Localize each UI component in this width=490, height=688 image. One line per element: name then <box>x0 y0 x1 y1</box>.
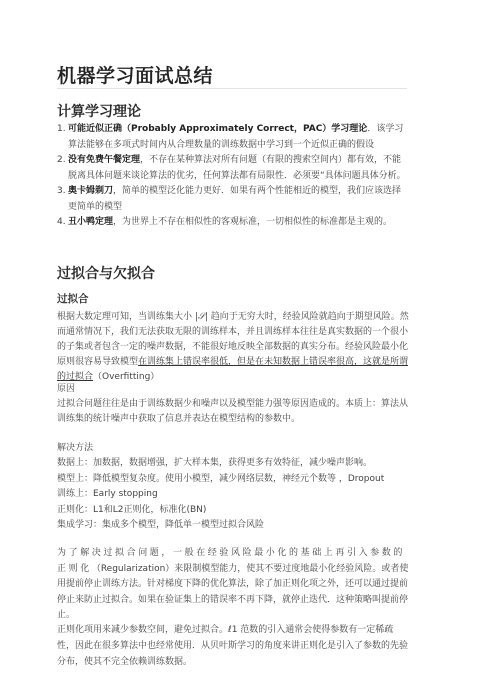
list-item: 4. 丑小鸭定理，为世界上不存在相似性的客观标准，一切相似性的标准都是主观的。 <box>57 215 409 231</box>
solutions-label: 解决方法 <box>57 441 409 456</box>
list-item: 1. 可能近似正确（Probably Approximately Correct… <box>57 122 409 153</box>
solution-item: 模型上：降低模型复杂度。使用小模型，减少网络层数，神经元个数等 ，Dropout <box>57 472 409 487</box>
page-title: 机器学习面试总结 <box>57 61 213 88</box>
cause-block: 原因 过拟合问题往往是由于训练数据少和噪声以及模型能力强等原因造成的。本质上：算… <box>57 382 409 427</box>
theory-list: 1. 可能近似正确（Probably Approximately Correct… <box>57 122 409 231</box>
title-divider <box>57 88 407 89</box>
section-heading-computational-learning-theory: 计算学习理论 <box>57 101 141 121</box>
list-item: 2. 没有免费午餐定理，不存在某种算法对所有问题（有限的搜索空间内）都有效，不能… <box>57 153 409 184</box>
list-item-term: 奥卡姆剃刀 <box>68 186 113 196</box>
solution-item: 训练上：Early stopping <box>57 487 409 502</box>
section-heading-overfitting-underfitting: 过拟合与欠拟合 <box>57 263 155 283</box>
list-item-term: 没有免费午餐定理 <box>68 155 140 165</box>
list-item-term: 丑小鸭定理 <box>68 217 113 227</box>
regularization-paragraph: 为了解决过拟合问题，一般在经验风险最小化的基础上再引入参数的正则化（Regula… <box>57 546 409 624</box>
overfitting-definition-paragraph: 根据大数定理可知，当训练集大小 |𝒮| 趋向于无穷大时，经验风险就趋向于期望风险… <box>57 310 409 385</box>
cause-text: 过拟合问题往往是由于训练数据少和噪声以及模型能力强等原因造成的。本质上：算法从训… <box>57 399 408 424</box>
list-item-term: 可能近似正确（Probably Approximately Correct，PA… <box>68 124 367 134</box>
l1-regularization-paragraph: 正则化项用来减少参数空间，避免过拟合。ℓ1 范数的引入通常会使得参数有一定稀疏性… <box>57 622 409 670</box>
solution-item: 集成学习：集成多个模型，降低单一模型过拟合风险 <box>57 518 409 533</box>
solution-item: 正则化：L1和L2正则化，标准化(BN) <box>57 503 409 518</box>
subsection-heading-overfitting: 过拟合 <box>57 291 89 306</box>
cause-label: 原因 <box>57 382 409 397</box>
solutions-block: 解决方法 数据上：加数据，数据增强，扩大样本集，获得更多有效特征，减少噪声影响。… <box>57 441 409 533</box>
list-item: 3. 奥卡姆剃刀，简单的模型泛化能力更好．如果有两个性能相近的模型，我们应该选择… <box>57 184 409 215</box>
solution-item: 数据上：加数据，数据增强，扩大样本集，获得更多有效特征，减少噪声影响。 <box>57 456 409 471</box>
set-size-symbol: |𝒮| <box>195 312 208 322</box>
